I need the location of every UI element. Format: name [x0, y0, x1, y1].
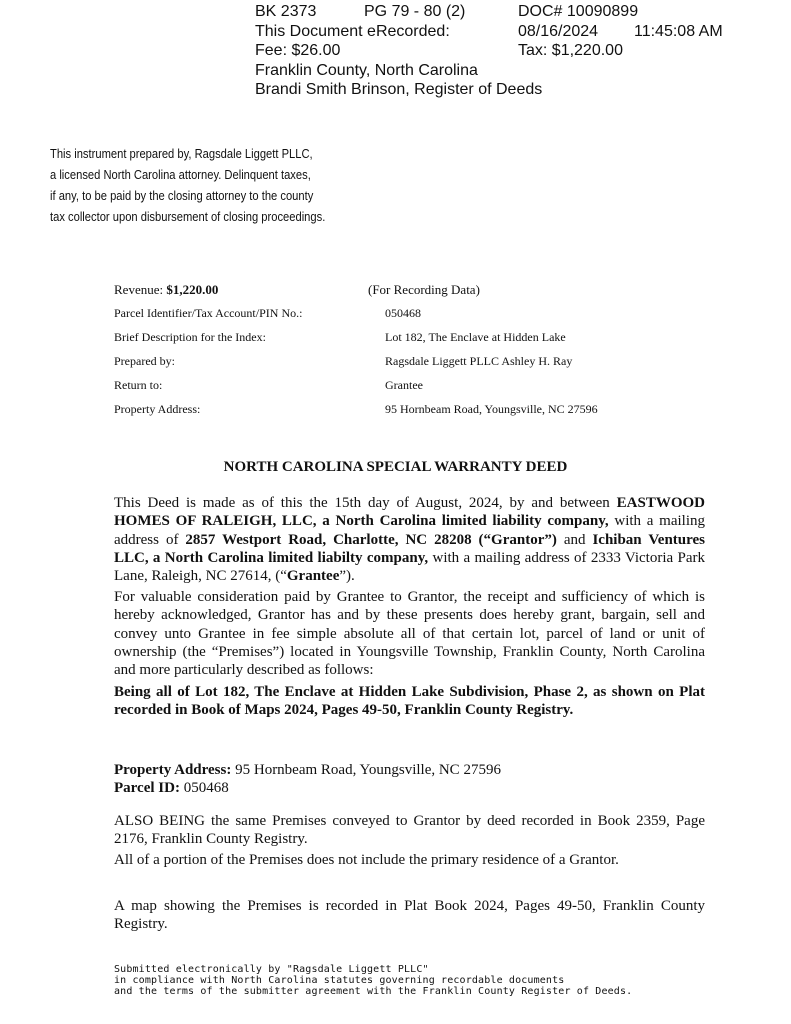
recording-row-value: Ragsdale Liggett PLLC Ashley H. Ray	[385, 354, 572, 369]
property-address-value: 95 Hornbeam Road, Youngsville, NC 27596	[231, 762, 501, 778]
recording-row-value: Lot 182, The Enclave at Hidden Lake	[385, 330, 566, 345]
recording-fee: Fee: $26.00	[255, 41, 340, 61]
revenue-value: $1,220.00	[166, 282, 218, 297]
text-run: ”).	[339, 568, 354, 584]
footer-line: in compliance with North Carolina statut…	[114, 975, 632, 986]
text-run: and	[557, 532, 593, 548]
grantee-label: Grantee	[287, 568, 339, 584]
grantor-address: 2857 Westport Road, Charlotte, NC 28208 …	[185, 532, 556, 548]
erecorded-time: 11:45:08 AM	[634, 22, 723, 42]
recording-row: Prepared by: Ragsdale Liggett PLLC Ashle…	[114, 354, 674, 378]
recording-row-label: Prepared by:	[114, 354, 175, 369]
parcel-id-value: 050468	[180, 780, 229, 796]
preparer-notice-line: if any, to be paid by the closing attorn…	[50, 185, 325, 206]
recording-row: Property Address: 95 Hornbeam Road, Youn…	[114, 402, 674, 426]
residence-text: All of a portion of the Premises does no…	[114, 851, 705, 869]
parties-paragraph: This Deed is made as of this the 15th da…	[114, 494, 705, 585]
submission-footer: Submitted electronically by "Ragsdale Li…	[114, 964, 632, 997]
erecorded-label: This Document eRecorded:	[255, 22, 450, 42]
footer-line: Submitted electronically by "Ragsdale Li…	[114, 964, 632, 975]
recording-tax: Tax: $1,220.00	[518, 41, 623, 61]
recording-row: Brief Description for the Index: Lot 182…	[114, 330, 674, 354]
text-run: This Deed is made as of this the 15th da…	[114, 495, 617, 511]
prior-deed-text: ALSO BEING the same Premises conveyed to…	[114, 812, 705, 849]
deed-title: NORTH CAROLINA SPECIAL WARRANTY DEED	[0, 459, 791, 476]
prior-deed-paragraph: ALSO BEING the same Premises conveyed to…	[114, 812, 705, 849]
conveyance-paragraph: For valuable consideration paid by Grant…	[114, 588, 705, 679]
recording-row-label: Return to:	[114, 378, 162, 393]
recording-row-value: Grantee	[385, 378, 423, 393]
register-of-deeds: Brandi Smith Brinson, Register of Deeds	[255, 80, 542, 100]
plat-text: A map showing the Premises is recorded i…	[114, 897, 705, 934]
parcel-id-label: Parcel ID:	[114, 780, 180, 796]
recording-row-label: Brief Description for the Index:	[114, 330, 266, 345]
recording-row-label: Property Address:	[114, 402, 200, 417]
recording-data-note: (For Recording Data)	[368, 282, 480, 298]
page-range: PG 79 - 80 (2)	[364, 2, 465, 22]
recording-data: Revenue: $1,220.00 (For Recording Data) …	[114, 282, 674, 426]
book-number: BK 2373	[255, 2, 316, 22]
recording-row-value: 95 Hornbeam Road, Youngsville, NC 27596	[385, 402, 598, 417]
legal-description-text: Being all of Lot 182, The Enclave at Hid…	[114, 684, 705, 718]
recording-row-value: 050468	[385, 306, 421, 321]
county-name: Franklin County, North Carolina	[255, 61, 478, 81]
legal-description: Being all of Lot 182, The Enclave at Hid…	[114, 683, 705, 720]
recording-row-label: Parcel Identifier/Tax Account/PIN No.:	[114, 306, 302, 321]
plat-paragraph: A map showing the Premises is recorded i…	[114, 897, 705, 934]
residence-paragraph: All of a portion of the Premises does no…	[114, 851, 705, 869]
preparer-notice-line: This instrument prepared by, Ragsdale Li…	[50, 143, 325, 164]
erecorded-date: 08/16/2024	[518, 22, 598, 42]
property-address-label: Property Address:	[114, 762, 231, 778]
property-identifiers: Property Address: 95 Hornbeam Road, Youn…	[114, 761, 705, 798]
revenue: Revenue: $1,220.00	[114, 282, 218, 298]
footer-line: and the terms of the submitter agreement…	[114, 986, 632, 997]
recording-row: Parcel Identifier/Tax Account/PIN No.: 0…	[114, 306, 674, 330]
revenue-label: Revenue:	[114, 282, 166, 297]
preparer-notice: This instrument prepared by, Ragsdale Li…	[50, 143, 325, 227]
recording-row: Return to: Grantee	[114, 378, 674, 402]
revenue-row: Revenue: $1,220.00 (For Recording Data)	[114, 282, 674, 306]
document-number: DOC# 10090899	[518, 2, 638, 22]
conveyance-text: For valuable consideration paid by Grant…	[114, 588, 705, 679]
preparer-notice-line: a licensed North Carolina attorney. Deli…	[50, 164, 325, 185]
preparer-notice-line: tax collector upon disbursement of closi…	[50, 206, 325, 227]
